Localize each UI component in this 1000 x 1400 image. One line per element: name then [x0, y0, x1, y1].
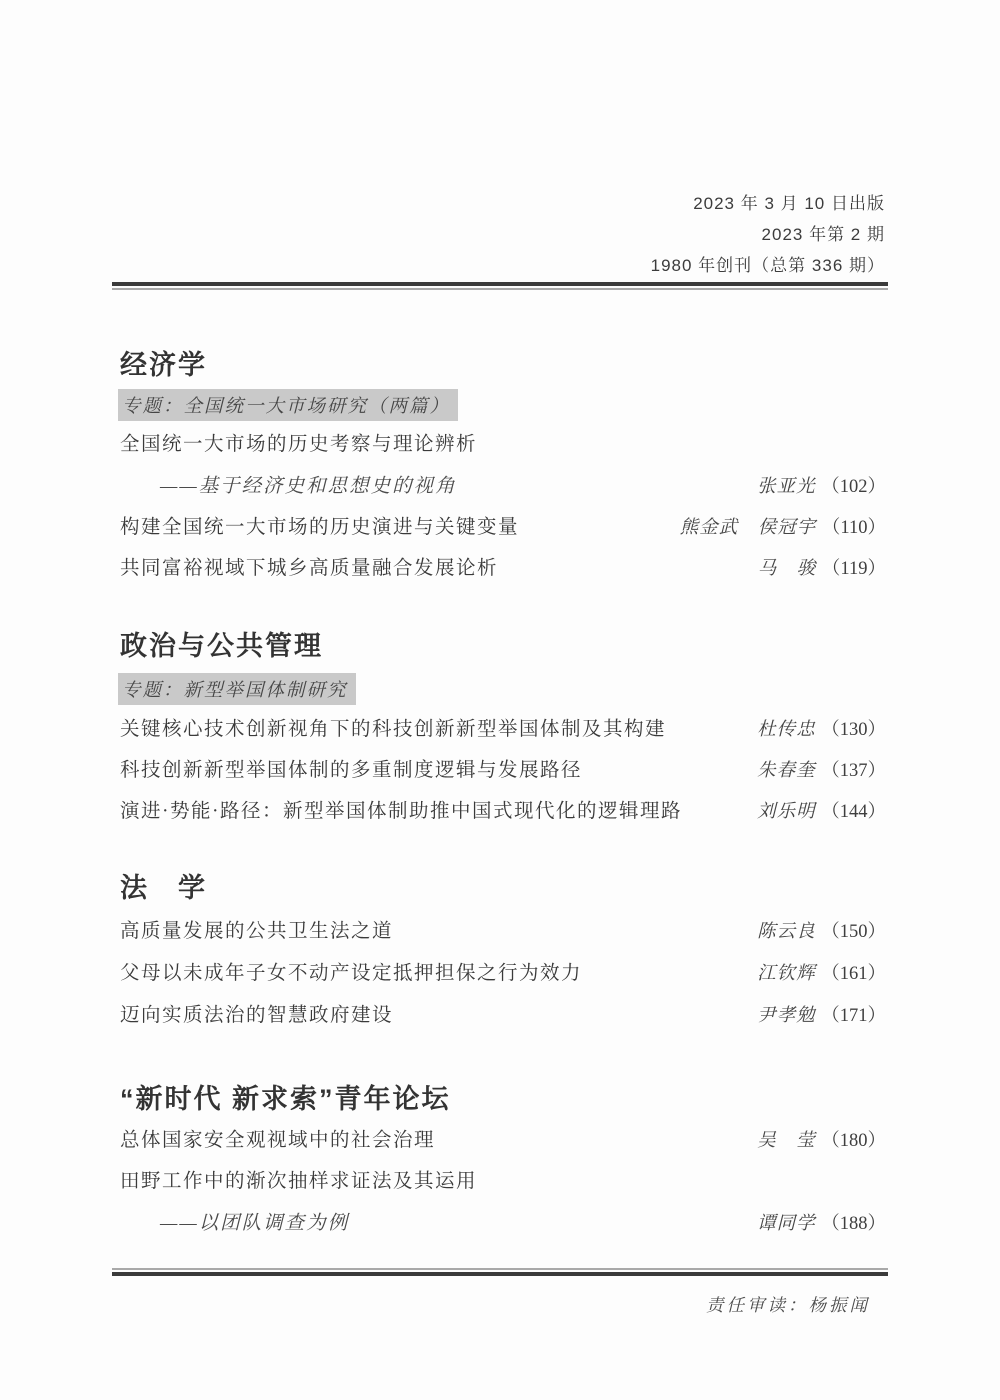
article-byline: 谭同学 （188） — [757, 1209, 886, 1235]
article-row: 演进·势能·路径：新型举国体制助推中国式现代化的逻辑理路 刘乐明 （144） — [120, 795, 886, 823]
article-page-number: （102） — [821, 477, 886, 497]
article-authors: 熊金武 侯冠宇 — [680, 518, 817, 538]
article-row: 共同富裕视域下城乡高质量融合发展论析 马 骏 （119） — [120, 552, 886, 580]
article-row: 高质量发展的公共卫生法之道 陈云良 （150） — [120, 915, 886, 943]
article-byline: 马 骏 （119） — [758, 554, 886, 580]
rule-thick — [112, 282, 888, 286]
article-byline: 吴 莹 （180） — [757, 1126, 886, 1152]
article-page-number: （137） — [821, 761, 886, 781]
responsible-reviewer: 责任审读：杨振闻 — [706, 1292, 870, 1317]
article-authors: 吴 莹 — [757, 1131, 816, 1151]
topic-band-new-national-system: 专题：新型举国体制研究 — [118, 673, 356, 705]
article-authors: 尹孝勉 — [757, 1006, 816, 1026]
article-byline: 朱春奎 （137） — [757, 756, 886, 782]
article-authors: 朱春奎 — [757, 761, 816, 781]
article-authors: 张亚光 — [757, 477, 816, 497]
article-authors: 杜传忠 — [757, 720, 816, 740]
article-byline: 熊金武 侯冠宇 （110） — [680, 513, 886, 539]
article-authors: 陈云良 — [757, 922, 816, 942]
article-byline: 陈云良 （150） — [757, 917, 886, 943]
publish-date: 2023 年 3 月 10 日出版 — [651, 188, 885, 219]
article-page-number: （150） — [821, 922, 886, 942]
article-page-number: （180） — [821, 1131, 886, 1151]
top-double-rule — [112, 282, 888, 290]
article-title: 田野工作中的渐次抽样求证法及其运用 — [120, 1165, 477, 1193]
article-title: 迈向实质法治的智慧政府建设 — [120, 999, 393, 1027]
article-title: 共同富裕视域下城乡高质量融合发展论析 — [120, 552, 498, 580]
issue-number: 2023 年第 2 期 — [651, 219, 885, 250]
article-title: 科技创新新型举国体制的多重制度逻辑与发展路径 — [120, 754, 582, 782]
journal-toc-page: 2023 年 3 月 10 日出版 2023 年第 2 期 1980 年创刊（总… — [0, 0, 1000, 1400]
article-page-number: （130） — [821, 720, 886, 740]
section-heading-economics: 经济学 — [120, 343, 207, 382]
article-row: 迈向实质法治的智慧政府建设 尹孝勉 （171） — [120, 999, 886, 1027]
article-title: 父母以未成年子女不动产设定抵押担保之行为效力 — [120, 957, 582, 985]
topic-band-unified-market: 专题：全国统一大市场研究（两篇） — [118, 389, 458, 421]
article-title: 演进·势能·路径：新型举国体制助推中国式现代化的逻辑理路 — [120, 795, 682, 823]
article-authors: 马 骏 — [758, 559, 817, 579]
article-row: 构建全国统一大市场的历史演进与关键变量 熊金武 侯冠宇 （110） — [120, 511, 886, 539]
section-heading-youth-forum: “新时代 新求索”青年论坛 — [120, 1077, 451, 1116]
bottom-double-rule — [112, 1268, 888, 1276]
article-page-number: （119） — [822, 559, 886, 579]
rule-thick — [112, 1272, 888, 1276]
section-heading-politics: 政治与公共管理 — [120, 624, 323, 663]
article-authors: 谭同学 — [757, 1214, 816, 1234]
article-page-number: （171） — [821, 1006, 886, 1026]
article-byline: 江钦辉 （161） — [757, 959, 886, 985]
article-byline: 尹孝勉 （171） — [757, 1001, 886, 1027]
article-row: ——基于经济史和思想史的视角 张亚光 （102） — [120, 470, 886, 498]
article-title: 总体国家安全观视域中的社会治理 — [120, 1124, 435, 1152]
article-row: 科技创新新型举国体制的多重制度逻辑与发展路径 朱春奎 （137） — [120, 754, 886, 782]
rule-thin — [112, 288, 888, 290]
article-authors: 刘乐明 — [757, 802, 816, 822]
article-subtitle: ——以团队调查为例 — [120, 1207, 349, 1235]
article-title: 全国统一大市场的历史考察与理论辨析 — [120, 428, 477, 456]
article-page-number: （110） — [822, 518, 886, 538]
article-row: ——以团队调查为例 谭同学 （188） — [120, 1207, 886, 1235]
rule-thin — [112, 1268, 888, 1270]
article-byline: 刘乐明 （144） — [757, 797, 886, 823]
article-row: 田野工作中的渐次抽样求证法及其运用 — [120, 1165, 886, 1193]
founding-info: 1980 年创刊（总第 336 期） — [651, 250, 885, 281]
article-row: 全国统一大市场的历史考察与理论辨析 — [120, 428, 886, 456]
article-page-number: （188） — [821, 1214, 886, 1234]
article-page-number: （161） — [821, 964, 886, 984]
article-authors: 江钦辉 — [757, 964, 816, 984]
article-page-number: （144） — [821, 802, 886, 822]
masthead-info: 2023 年 3 月 10 日出版 2023 年第 2 期 1980 年创刊（总… — [651, 188, 885, 281]
article-row: 关键核心技术创新视角下的科技创新新型举国体制及其构建 杜传忠 （130） — [120, 713, 886, 741]
article-row: 父母以未成年子女不动产设定抵押担保之行为效力 江钦辉 （161） — [120, 957, 886, 985]
article-title: 关键核心技术创新视角下的科技创新新型举国体制及其构建 — [120, 713, 666, 741]
article-byline: 张亚光 （102） — [757, 472, 886, 498]
article-row: 总体国家安全观视域中的社会治理 吴 莹 （180） — [120, 1124, 886, 1152]
section-heading-law: 法 学 — [120, 866, 207, 905]
article-byline: 杜传忠 （130） — [757, 715, 886, 741]
article-title: 构建全国统一大市场的历史演进与关键变量 — [120, 511, 519, 539]
article-title: 高质量发展的公共卫生法之道 — [120, 915, 393, 943]
article-subtitle: ——基于经济史和思想史的视角 — [120, 470, 457, 498]
